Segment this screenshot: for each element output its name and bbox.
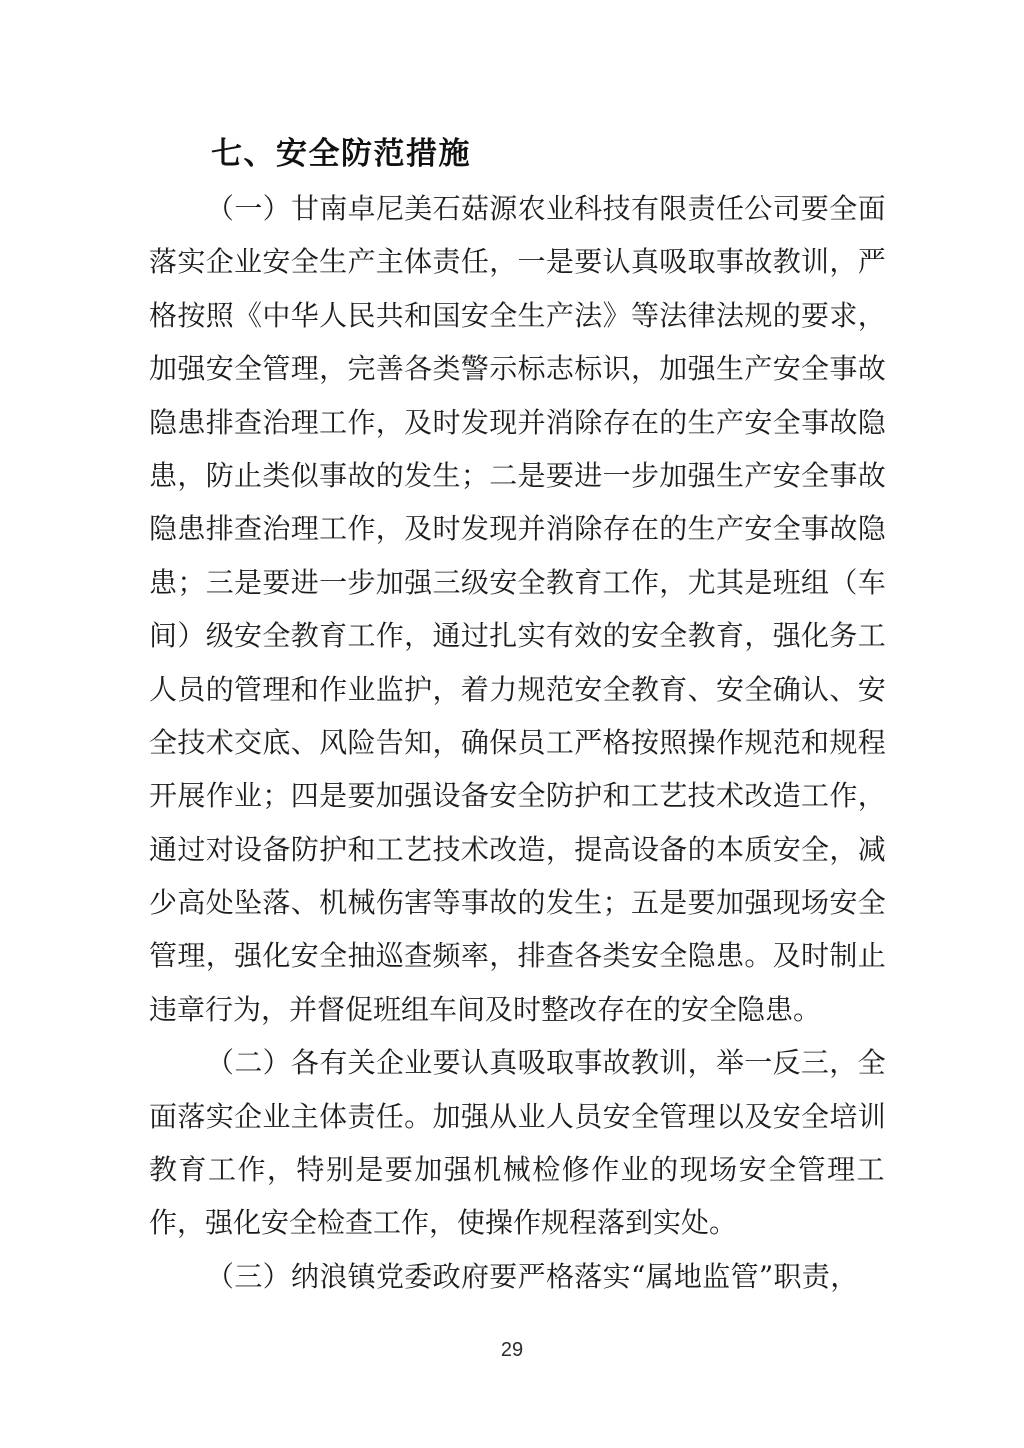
- document-body: （一）甘南卓尼美石菇源农业科技有限责任公司要全面 落实企业安全生产主体责任，一是…: [149, 182, 886, 1303]
- text-line: （三）纳浪镇党委政府要严格落实“属地监管”职责，: [149, 1250, 886, 1303]
- text-line: 患；三是要进一步加强三级安全教育工作，尤其是班组（车: [149, 556, 886, 609]
- text-line: 间）级安全教育工作，通过扎实有效的安全教育，强化务工: [149, 609, 886, 662]
- text-line: 面落实企业主体责任。加强从业人员安全管理以及安全培训: [149, 1090, 886, 1143]
- page-number: 29: [0, 1336, 1024, 1364]
- text-line: 通过对设备防护和工艺技术改造，提高设备的本质安全，减: [149, 823, 886, 876]
- text-line: 管理，强化安全抽巡查频率，排查各类安全隐患。及时制止: [149, 929, 886, 982]
- text-line: 少高处坠落、机械伤害等事故的发生；五是要加强现场安全: [149, 876, 886, 929]
- text-line: 加强安全管理，完善各类警示标志标识，加强生产安全事故: [149, 342, 886, 395]
- text-line: 隐患排查治理工作，及时发现并消除存在的生产安全事故隐: [149, 396, 886, 449]
- section-heading: 七、安全防范措施: [149, 133, 471, 175]
- text-line: 人员的管理和作业监护，着力规范安全教育、安全确认、安: [149, 663, 886, 716]
- text-line: 作，强化安全检查工作，使操作规程落到实处。: [149, 1196, 886, 1249]
- document-page: 七、安全防范措施 （一）甘南卓尼美石菇源农业科技有限责任公司要全面 落实企业安全…: [0, 0, 1024, 1448]
- text-line: （一）甘南卓尼美石菇源农业科技有限责任公司要全面: [149, 182, 886, 235]
- text-line: 全技术交底、风险告知，确保员工严格按照操作规范和规程: [149, 716, 886, 769]
- text-line: 落实企业安全生产主体责任，一是要认真吸取事故教训，严: [149, 235, 886, 288]
- text-line: 违章行为，并督促班组车间及时整改存在的安全隐患。: [149, 983, 886, 1036]
- text-line: 开展作业；四是要加强设备安全防护和工艺技术改造工作，: [149, 769, 886, 822]
- text-line: 患，防止类似事故的发生；二是要进一步加强生产安全事故: [149, 449, 886, 502]
- text-line: 教育工作，特别是要加强机械检修作业的现场安全管理工: [149, 1143, 886, 1196]
- text-line: 隐患排查治理工作，及时发现并消除存在的生产安全事故隐: [149, 502, 886, 555]
- text-line: （二）各有关企业要认真吸取事故教训，举一反三，全: [149, 1036, 886, 1089]
- text-line: 格按照《中华人民共和国安全生产法》等法律法规的要求，: [149, 289, 886, 342]
